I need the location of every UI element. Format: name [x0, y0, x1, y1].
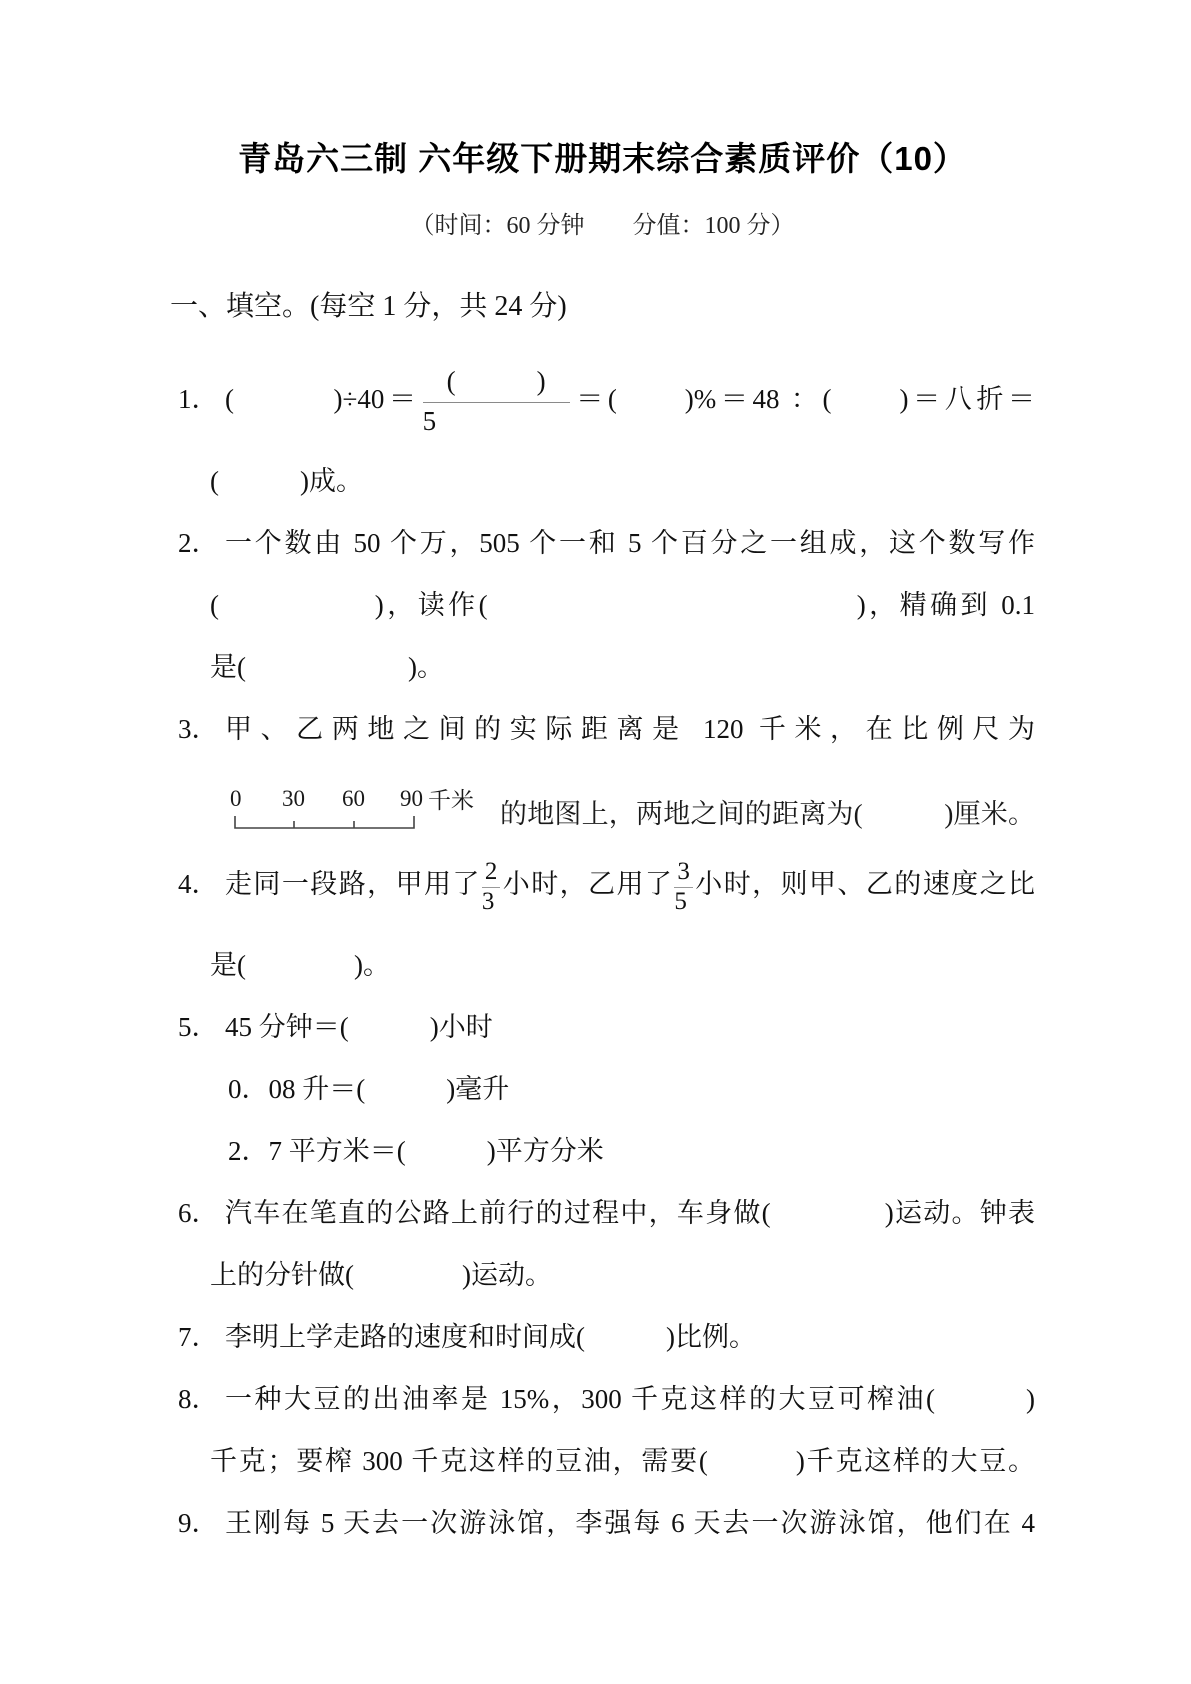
section-1-heading: 一、填空。(每空 1 分，共 24 分): [170, 288, 1035, 326]
question-2-text: 一个数由 50 个万，505 个一和 5 个百分之一组成，这个数写作: [225, 528, 1035, 558]
fraction-three-fifths-numerator: 3: [674, 858, 693, 888]
question-1-line-1: 1．( )÷40＝( )5＝( )%＝48 ：( )＝八折＝: [170, 348, 1035, 450]
question-8-text: 一种大豆的出油率是 15%，300 千克这样的大豆可榨油( ): [225, 1384, 1035, 1414]
fraction-two-thirds: 23: [482, 858, 501, 916]
question-4-line-2: 是( )。: [170, 934, 1035, 996]
question-3-text-after-ruler: 的地图上，两地之间的距离为( )厘米。: [500, 794, 1035, 834]
worksheet-page: 青岛六三制 六年级下册期末综合素质评价（10） （时间：60 分钟 分值：100…: [0, 0, 1191, 1684]
question-4-line-1: 4．走同一段路，甲用了23小时，乙用了35小时，则甲、乙的速度之比: [170, 834, 1035, 934]
question-3-line-1: 3．甲、乙两地之间的实际距离是 120 千米，在比例尺为: [170, 698, 1035, 760]
scale-tick-label-0: 0: [230, 786, 242, 811]
question-6-number: 6．: [178, 1182, 219, 1244]
question-9-number: 9．: [178, 1492, 219, 1554]
map-scale-ruler: 0 30 60 90 千米: [230, 780, 492, 834]
question-1-text-pre: ( )÷40＝: [225, 384, 421, 414]
question-8-number: 8．: [178, 1368, 219, 1430]
question-5-line-1: 5．45 分钟＝( )小时: [170, 996, 1035, 1058]
question-9-text: 王刚每 5 天去一次游泳馆，李强每 6 天去一次游泳馆，他们在 4: [225, 1508, 1035, 1538]
question-8-line-1: 8．一种大豆的出油率是 15%，300 千克这样的大豆可榨油( ): [170, 1368, 1035, 1430]
question-1-number: 1．: [178, 348, 219, 450]
scale-tick-label-30: 30: [282, 786, 305, 811]
question-6-line-1: 6．汽车在笔直的公路上前行的过程中，车身做( )运动。钟表: [170, 1182, 1035, 1244]
question-9-line-1: 9．王刚每 5 天去一次游泳馆，李强每 6 天去一次游泳馆，他们在 4: [170, 1492, 1035, 1554]
scale-ruler-line: [235, 816, 414, 828]
question-2-line-3: 是( )。: [170, 636, 1035, 698]
fraction-three-fifths-denominator: 5: [674, 888, 693, 916]
fraction-two-thirds-denominator: 3: [482, 888, 501, 916]
page-content: 青岛六三制 六年级下册期末综合素质评价（10） （时间：60 分钟 分值：100…: [170, 0, 1035, 1554]
question-5-conversion-1: 45 分钟＝( )小时: [225, 1012, 493, 1042]
scale-tick-label-60: 60: [342, 786, 365, 811]
page-title: 青岛六三制 六年级下册期末综合素质评价（10）: [170, 0, 1035, 180]
question-5-conversion-3: 2．7 平方米＝( )平方分米: [170, 1120, 1035, 1182]
scale-tick-label-90: 90: [400, 786, 423, 811]
fraction-blank-over-5: ( )5: [423, 364, 570, 439]
fraction-three-fifths: 35: [674, 858, 693, 916]
question-7-text: 李明上学走路的速度和时间成( )比例。: [225, 1322, 756, 1352]
question-2-line-1: 2．一个数由 50 个万，505 个一和 5 个百分之一组成，这个数写作: [170, 512, 1035, 574]
question-3-line-2: 0 30 60 90 千米 的地图上，两地之间的距离为( )厘米。: [170, 762, 1035, 834]
fraction-denominator: 5: [423, 403, 570, 439]
question-2-number: 2．: [178, 512, 219, 574]
question-3-number: 3．: [178, 698, 219, 760]
question-4-text-post: 小时，则甲、乙的速度之比: [694, 869, 1035, 899]
question-1-line-2: ( )成。: [170, 450, 1035, 512]
question-4-text-pre: 走同一段路，甲用了: [225, 869, 481, 899]
question-4-text-mid: 小时，乙用了: [501, 869, 673, 899]
fraction-numerator-blank: ( ): [423, 364, 570, 403]
question-4-number: 4．: [178, 834, 219, 934]
question-1-text-post: ＝( )%＝48 ：( )＝八折＝: [572, 384, 1035, 414]
fraction-two-thirds-numerator: 2: [482, 858, 501, 888]
question-5-conversion-2: 0．08 升＝( )毫升: [170, 1058, 1035, 1120]
question-5-number: 5．: [178, 996, 219, 1058]
question-2-line-2: ( )，读作( )，精确到 0.1: [170, 574, 1035, 636]
question-6-text: 汽车在笔直的公路上前行的过程中，车身做( )运动。钟表: [225, 1198, 1035, 1228]
question-3-text: 甲、乙两地之间的实际距离是 120 千米，在比例尺为: [225, 714, 1035, 744]
scale-unit-label: 千米: [428, 788, 474, 813]
question-7-number: 7．: [178, 1306, 219, 1368]
exam-meta: （时间：60 分钟 分值：100 分）: [170, 210, 1035, 242]
question-8-line-2: 千克；要榨 300 千克这样的豆油，需要( )千克这样的大豆。: [170, 1430, 1035, 1492]
question-7-line-1: 7．李明上学走路的速度和时间成( )比例。: [170, 1306, 1035, 1368]
question-6-line-2: 上的分针做( )运动。: [170, 1244, 1035, 1306]
